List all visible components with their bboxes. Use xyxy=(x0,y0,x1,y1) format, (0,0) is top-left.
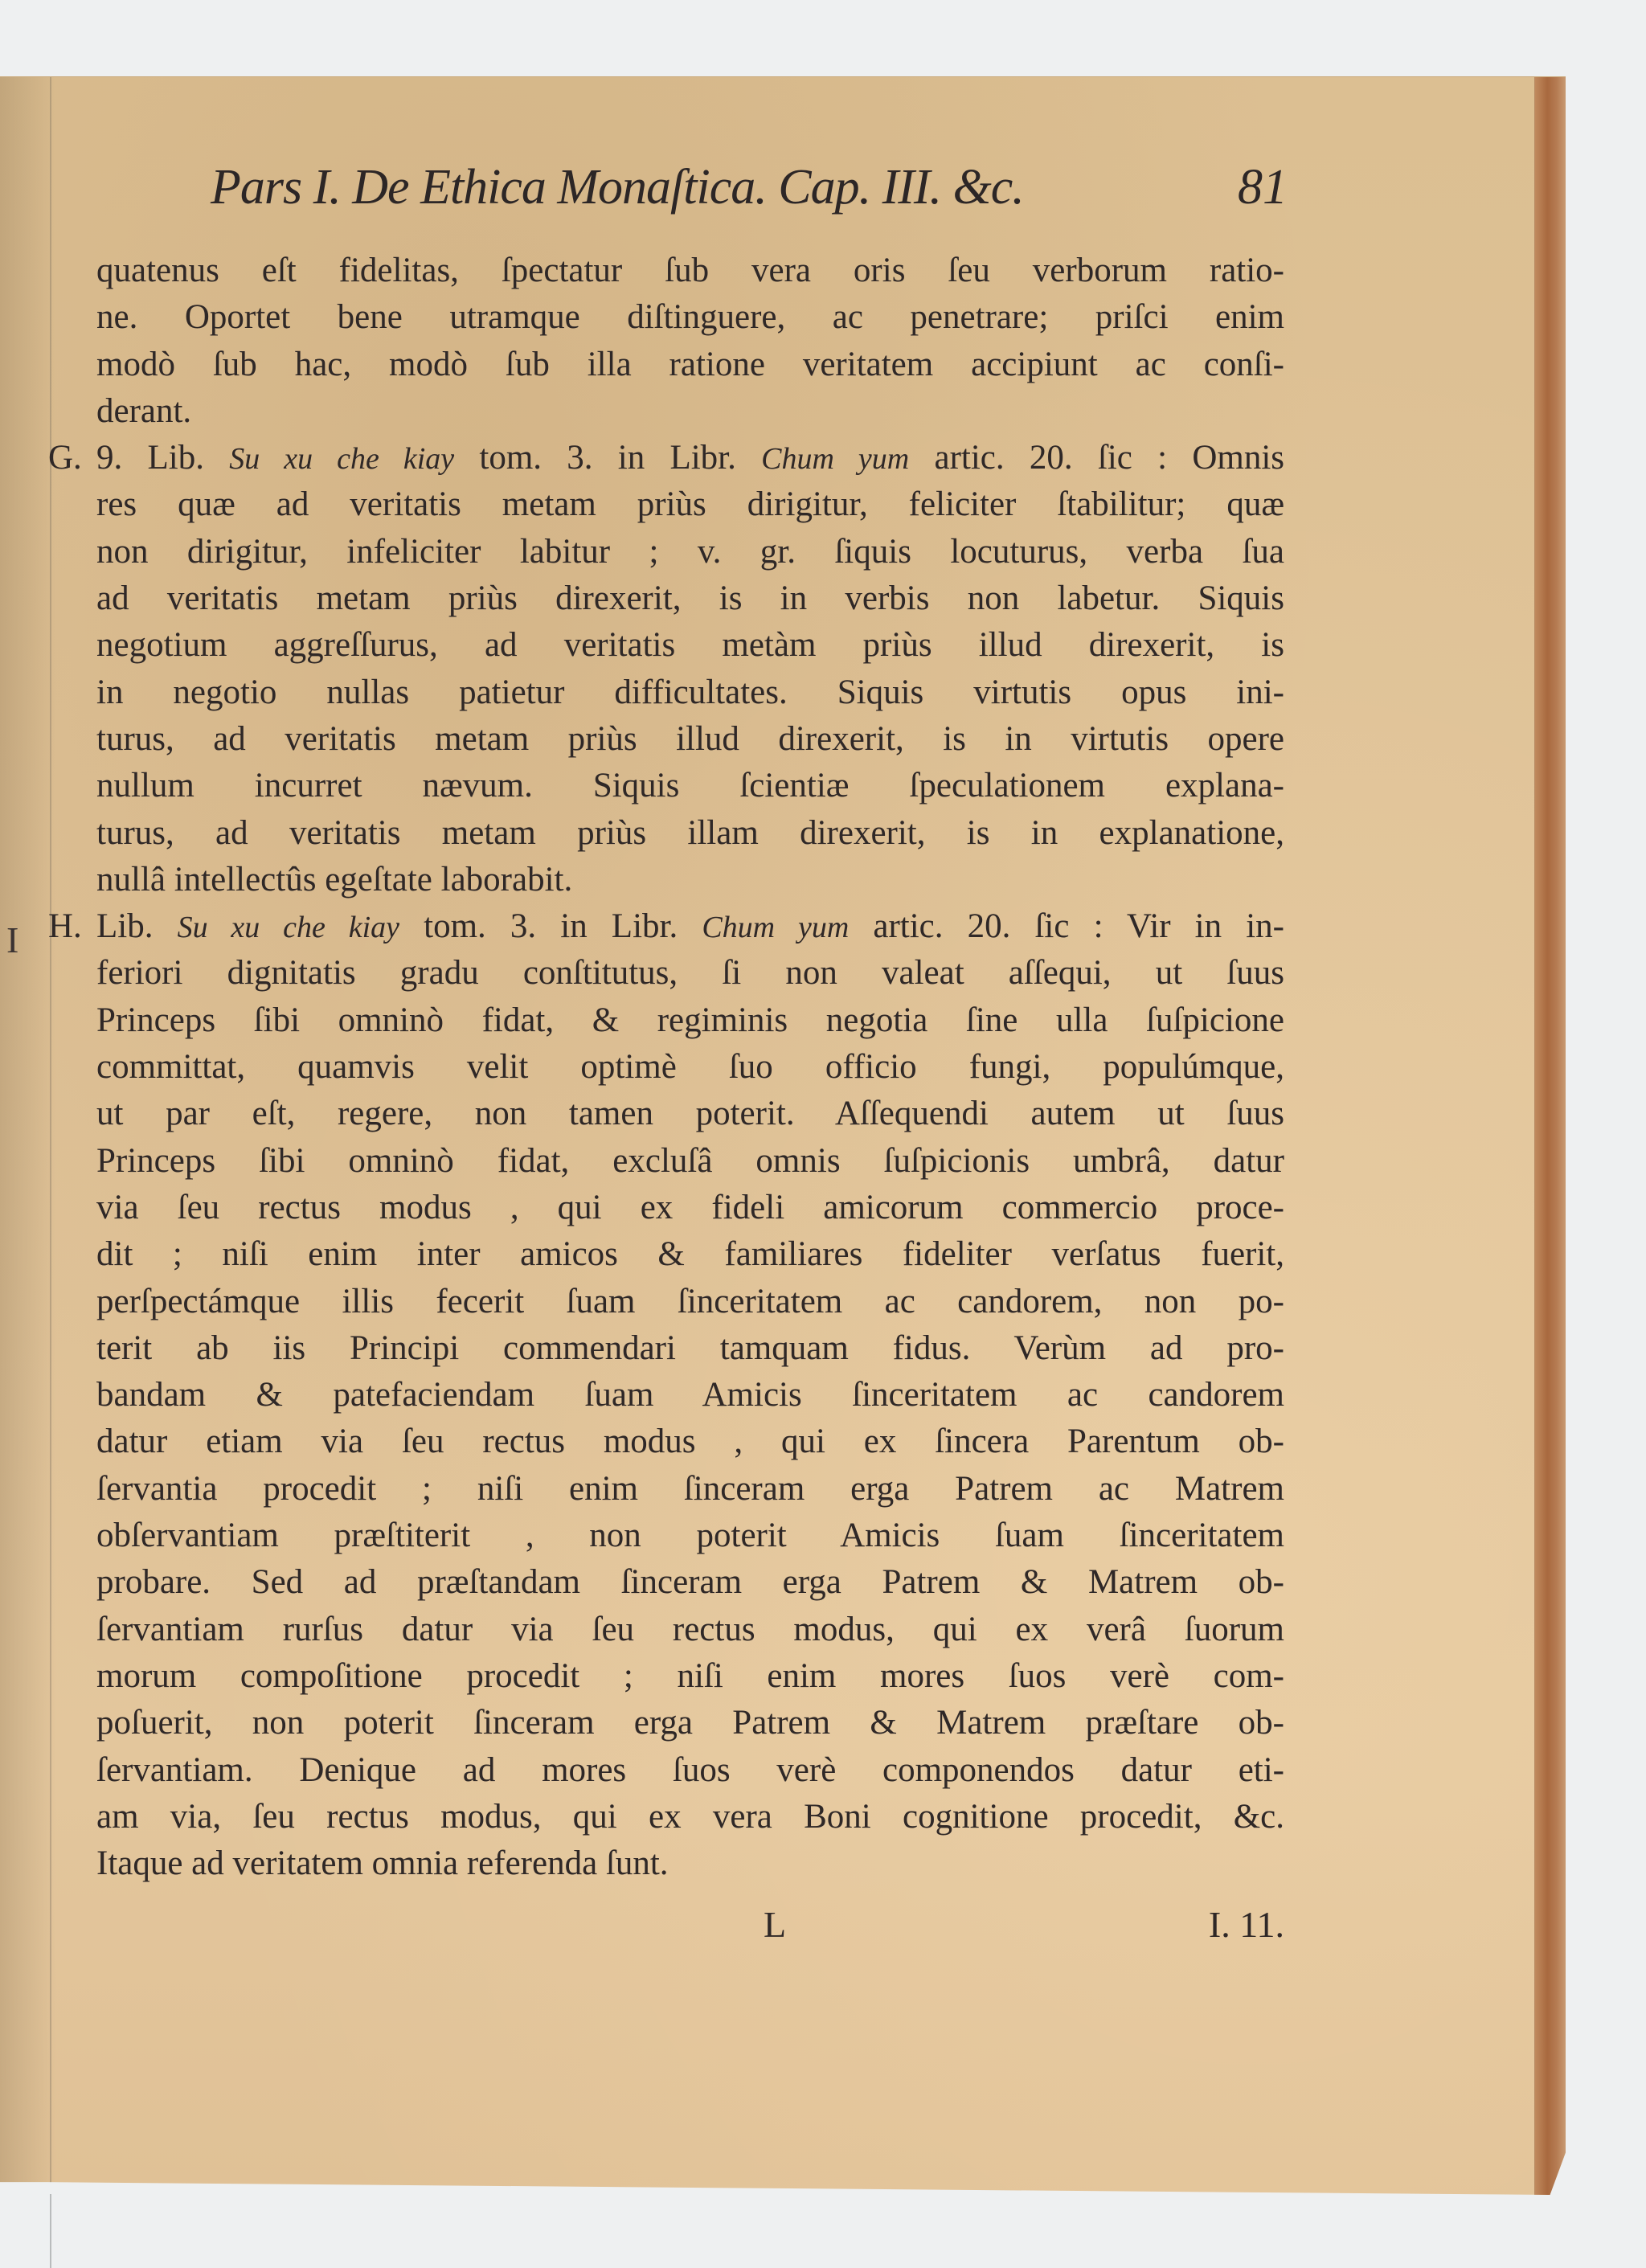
text-line: turus, ad veritatis metam priùs illam di… xyxy=(96,810,1284,857)
signature-mark: L xyxy=(764,1903,786,1946)
text-line: ut par eſt, regere, non tamen poterit. A… xyxy=(96,1091,1284,1137)
text-line: am via, ſeu rectus modus, qui ex vera Bo… xyxy=(96,1794,1284,1840)
citation-prefix: Lib. xyxy=(96,907,178,945)
fore-edge xyxy=(1534,77,1566,2195)
text-line: committat, quamvis velit optimè ſuo offi… xyxy=(96,1044,1284,1091)
text-line: terit ab iis Principi commendari tamquam… xyxy=(96,1325,1284,1372)
running-head: Pars I. De Ethica Monaſtica. Cap. III. &… xyxy=(211,159,1024,216)
note-marker-h: H. xyxy=(48,903,82,950)
page-footer: L I. 11. xyxy=(96,1903,1284,1951)
note-h-first-line: H.Lib. Su xu che kiay tom. 3. in Libr. C… xyxy=(96,903,1284,950)
citation-mid: tom. 3. in Libr. xyxy=(454,439,761,477)
gutter-shadow xyxy=(0,77,56,2195)
text-line: datur etiam via ſeu rectus modus , qui e… xyxy=(96,1419,1284,1465)
gutter-line xyxy=(50,77,51,2195)
text-line: feriori dignitatis gradu conſtitutus, ſi… xyxy=(96,950,1284,997)
text-line: bandam & patefaciendam ſuam Amicis ſince… xyxy=(96,1372,1284,1419)
text-line: dit ; niſi enim inter amicos & familiare… xyxy=(96,1231,1284,1278)
text-line: ad veritatis metam priùs direxerit, is i… xyxy=(96,575,1284,622)
citation-title-italic: Su xu che kiay xyxy=(178,911,399,944)
text-line: res quæ ad veritatis metam priùs dirigit… xyxy=(96,481,1284,528)
body-text: quatenus eſt fidelitas, ſpectatur ſub ve… xyxy=(96,248,1284,1887)
text-line: probare. Sed ad præſtandam ſinceram erga… xyxy=(96,1559,1284,1606)
citation-post: artic. 20. ſic : Omnis xyxy=(909,439,1284,477)
note-g-first-line: G.9. Lib. Su xu che kiay tom. 3. in Libr… xyxy=(96,435,1284,481)
text-line: Itaque ad veritatem omnia referenda ſunt… xyxy=(96,1840,1284,1887)
text-line: nullum incurret nævum. Siquis ſcientiæ ſ… xyxy=(96,763,1284,809)
text-line: Princeps ſibi omninò fidat, excluſâ omni… xyxy=(96,1138,1284,1185)
page-header: Pars I. De Ethica Monaſtica. Cap. III. &… xyxy=(211,159,1288,223)
text-line: nullâ intellectûs egeſtate laborabit. xyxy=(96,857,1284,903)
citation-prefix: 9. Lib. xyxy=(96,439,229,477)
text-line: negotium aggreſſurus, ad veritatis metàm… xyxy=(96,622,1284,669)
text-line: via ſeu rectus modus , qui ex fideli ami… xyxy=(96,1185,1284,1231)
page-number: 81 xyxy=(1238,159,1288,216)
citation-book-italic: Chum yum xyxy=(761,442,909,476)
text-line: poſuerit, non poterit ſinceram erga Patr… xyxy=(96,1700,1284,1746)
note-marker-g: G. xyxy=(48,435,82,481)
text-line: Princeps ſibi omninò fidat, & regiminis … xyxy=(96,997,1284,1044)
text-line: ne. Oportet bene utramque diſtinguere, a… xyxy=(96,294,1284,341)
text-line: obſervantiam præſtiterit , non poterit A… xyxy=(96,1513,1284,1559)
catchword: I. 11. xyxy=(1209,1903,1284,1946)
citation-post: artic. 20. ſic : Vir in in- xyxy=(849,907,1284,945)
text-line: ſervantiam. Denique ad mores ſuos verè c… xyxy=(96,1747,1284,1794)
gutter-line-bottom xyxy=(50,2194,51,2268)
text-line: ſervantia procedit ; niſi enim ſinceram … xyxy=(96,1466,1284,1513)
citation-book-italic: Chum yum xyxy=(702,911,849,944)
text-line: perſpectámque illis fecerit ſuam ſinceri… xyxy=(96,1279,1284,1325)
text-line: non dirigitur, infeliciter labitur ; v. … xyxy=(96,529,1284,575)
text-line: quatenus eſt fidelitas, ſpectatur ſub ve… xyxy=(96,248,1284,294)
text-line: ſervantiam rurſus datur via ſeu rectus m… xyxy=(96,1607,1284,1653)
margin-bracket: I xyxy=(6,919,18,961)
text-line: modò ſub hac, modò ſub illa ratione veri… xyxy=(96,342,1284,388)
citation-mid: tom. 3. in Libr. xyxy=(399,907,702,945)
text-line: turus, ad veritatis metam priùs illud di… xyxy=(96,716,1284,763)
citation-title-italic: Su xu che kiay xyxy=(229,442,454,476)
text-line: morum compoſitione procedit ; niſi enim … xyxy=(96,1653,1284,1700)
text-line: in negotio nullas patietur difficultates… xyxy=(96,669,1284,716)
text-line: derant. xyxy=(96,388,1284,435)
